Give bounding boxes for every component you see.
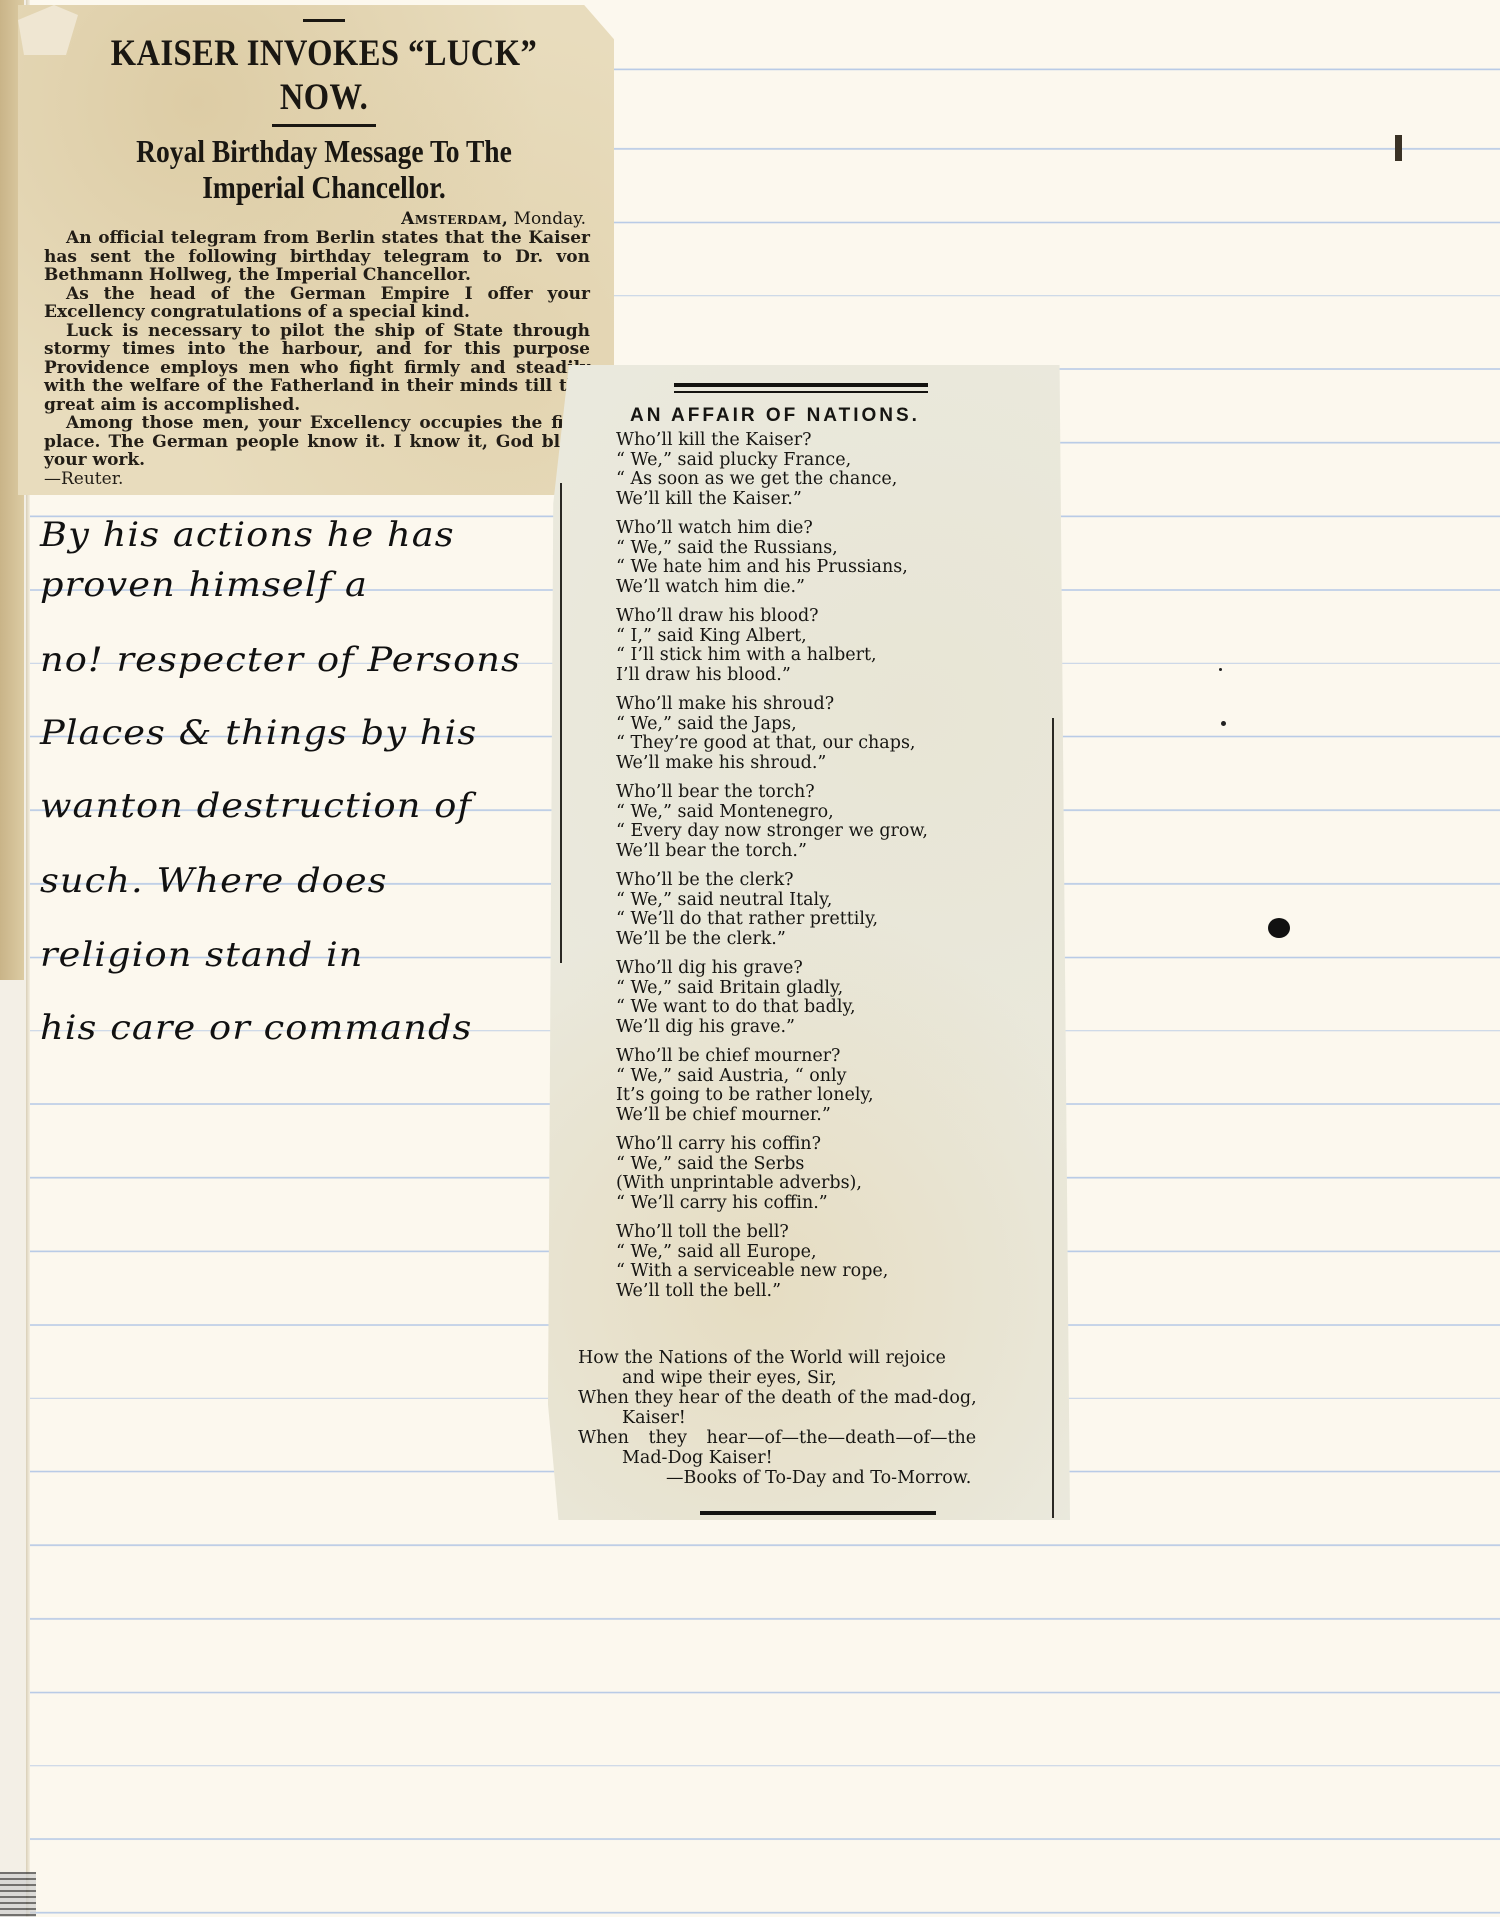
poem-stanza: Who’ll make his shroud? “ We,” said the … — [616, 695, 1056, 773]
poem-line: “ We,” said all Europe, — [616, 1243, 1056, 1263]
poem-line: We’ll be the clerk.” — [616, 930, 1056, 950]
poem-coda: How the Nations of the World will rejoic… — [578, 1348, 1058, 1488]
poem-coda-line: How the Nations of the World will rejoic… — [578, 1348, 1058, 1368]
poem-line: “ We,” said neutral Italy, — [616, 891, 1056, 911]
poem-line: We’ll dig his grave.” — [616, 1018, 1056, 1038]
dateline: Amsterdam, Monday. — [44, 209, 586, 229]
ink-speck — [1221, 721, 1226, 726]
handwritten-line: no! respecter of Persons — [40, 640, 521, 680]
poem-line: “ We,” said Britain gladly, — [616, 979, 1056, 999]
subheadline: Royal Birthday Message To The Imperial C… — [83, 133, 565, 205]
poem-rule-top-thin — [674, 391, 928, 393]
poem-credit: —Books of To-Day and To-Morrow. — [578, 1468, 1058, 1488]
poem-line: We’ll be chief mourner.” — [616, 1106, 1056, 1126]
handwritten-line: proven himself a — [40, 565, 368, 605]
article-credit: —Reuter. — [44, 470, 604, 489]
article-paragraph: Among those men, your Excellency occupie… — [44, 414, 604, 470]
headline-rule-top — [303, 19, 345, 22]
poem-line: “ I,” said King Albert, — [616, 627, 1056, 647]
article-body: An official telegram from Berlin states … — [44, 229, 604, 488]
poem-line: Who’ll be chief mourner? — [616, 1047, 1056, 1067]
poem-stanza: Who’ll be the clerk? “ We,” said neutral… — [616, 871, 1056, 949]
poem-stanza: Who’ll be chief mourner? “ We,” said Aus… — [616, 1047, 1056, 1125]
poem-line: “ They’re good at that, our chaps, — [616, 734, 1056, 754]
poem-rule-bottom — [700, 1511, 936, 1515]
poem-line: “ We,” said plucky France, — [616, 451, 1056, 471]
poem-line: Who’ll toll the bell? — [616, 1223, 1056, 1243]
poem-line: Who’ll make his shroud? — [616, 695, 1056, 715]
poem-line: We’ll kill the Kaiser.” — [616, 490, 1056, 510]
poem-stanza: Who’ll carry his coffin? “ We,” said the… — [616, 1135, 1056, 1213]
poem-line: Who’ll bear the torch? — [616, 783, 1056, 803]
poem-coda-line: Mad-Dog Kaiser! — [578, 1448, 1058, 1468]
poem-line: We’ll toll the bell.” — [616, 1282, 1056, 1302]
poem-line: We’ll make his shroud.” — [616, 754, 1056, 774]
poem-line: “ I’ll stick him with a halbert, — [616, 646, 1056, 666]
poem-line: Who’ll draw his blood? — [616, 607, 1056, 627]
poem-title: AN AFFAIR OF NATIONS. — [630, 405, 920, 427]
poem-line: Who’ll be the clerk? — [616, 871, 1056, 891]
poem-coda-line: When they hear of the death of the mad-d… — [578, 1388, 1058, 1408]
poem-coda-line: Kaiser! — [578, 1408, 1058, 1428]
poem-body: Who’ll kill the Kaiser? “ We,” said pluc… — [616, 431, 1056, 1311]
poem-line: Who’ll carry his coffin? — [616, 1135, 1056, 1155]
poem-line: “ We,” said the Japs, — [616, 715, 1056, 735]
margin-mark — [1395, 135, 1402, 161]
handwritten-line: Places & things by his — [40, 713, 477, 753]
newspaper-clipping-kaiser: KAISER INVOKES “LUCK” NOW. Royal Birthda… — [18, 5, 614, 495]
poem-line: “ We hate him and his Prussians, — [616, 558, 1056, 578]
headline: KAISER INVOKES “LUCK” NOW. — [78, 26, 571, 120]
poem-line: “ Every day now stronger we grow, — [616, 822, 1056, 842]
article-paragraph: Luck is necessary to pilot the ship of S… — [44, 322, 604, 415]
poem-line: We’ll watch him die.” — [616, 578, 1056, 598]
poem-line: “ We,” said the Russians, — [616, 539, 1056, 559]
poem-line: “ We’ll do that rather prettily, — [616, 910, 1056, 930]
poem-line: We’ll bear the torch.” — [616, 842, 1056, 862]
poem-stanza: Who’ll dig his grave? “ We,” said Britai… — [616, 959, 1056, 1037]
poem-line: “ We want to do that badly, — [616, 998, 1056, 1018]
binding-corner — [0, 1872, 36, 1917]
poem-stanza: Who’ll kill the Kaiser? “ We,” said pluc… — [616, 431, 1056, 509]
column-rule-right — [1052, 718, 1054, 1518]
poem-stanza: Who’ll draw his blood? “ I,” said King A… — [616, 607, 1056, 685]
poem-stanza: Who’ll toll the bell? “ We,” said all Eu… — [616, 1223, 1056, 1301]
dateline-day: Monday. — [514, 209, 586, 229]
poem-line: “ We,” said the Serbs — [616, 1155, 1056, 1175]
poem-line: “ With a serviceable new rope, — [616, 1262, 1056, 1282]
torn-corner — [18, 5, 78, 55]
poem-line: “ As soon as we get the chance, — [616, 470, 1056, 490]
poem-line: It’s going to be rather lonely, — [616, 1086, 1056, 1106]
article-paragraph: As the head of the German Empire I offer… — [44, 285, 604, 322]
handwritten-line: By his actions he has — [40, 515, 455, 555]
poem-line: “ We,” said Austria, “ only — [616, 1067, 1056, 1087]
handwritten-line: religion stand in — [40, 935, 364, 975]
dateline-place: Amsterdam, — [401, 209, 508, 229]
poem-stanza: Who’ll bear the torch? “ We,” said Monte… — [616, 783, 1056, 861]
poem-rule-top — [674, 383, 928, 387]
poem-line: “ We’ll carry his coffin.” — [616, 1194, 1056, 1214]
poem-line: Who’ll kill the Kaiser? — [616, 431, 1056, 451]
column-rule-left — [560, 483, 562, 963]
poem-line: Who’ll watch him die? — [616, 519, 1056, 539]
poem-line: “ We,” said Montenegro, — [616, 803, 1056, 823]
ink-speck — [1219, 668, 1222, 671]
poem-stanza: Who’ll watch him die? “ We,” said the Ru… — [616, 519, 1056, 597]
handwritten-line: such. Where does — [40, 861, 388, 901]
ink-blot — [1268, 918, 1290, 938]
headline-rule — [272, 124, 376, 127]
poem-line: (With unprintable adverbs), — [616, 1174, 1056, 1194]
poem-line: I’ll draw his blood.” — [616, 666, 1056, 686]
handwritten-line: wanton destruction of — [40, 786, 472, 826]
article-paragraph: An official telegram from Berlin states … — [44, 229, 604, 285]
poem-coda-line: When they hear—of—the—death—of—the — [578, 1428, 1058, 1448]
handwritten-line: his care or commands — [40, 1008, 472, 1048]
poem-coda-line: and wipe their eyes, Sir, — [578, 1368, 1058, 1388]
newspaper-clipping-poem: AN AFFAIR OF NATIONS. Who’ll kill the Ka… — [548, 365, 1070, 1520]
poem-line: Who’ll dig his grave? — [616, 959, 1056, 979]
